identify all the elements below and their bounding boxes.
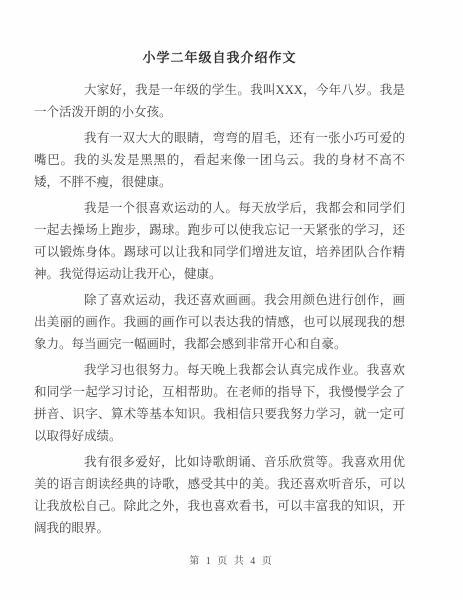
essay-paragraph-hobbies: 我有很多爱好，比如诗歌朗诵、音乐欣赏等。我喜欢用优美的语言朗读经典的诗歌，感受其… <box>34 451 405 539</box>
essay-body: 小学二年级自我介绍作文 大家好，我是一年级的学生。我叫XXX，今年八岁。我是一个… <box>34 50 405 543</box>
essay-title: 小学二年级自我介绍作文 <box>34 50 405 66</box>
document-page: 小学二年级自我介绍作文 大家好，我是一年级的学生。我叫XXX，今年八岁。我是一个… <box>0 0 463 600</box>
essay-paragraph-appearance: 我有一双大大的眼睛，弯弯的眉毛，还有一张小巧可爱的嘴巴。我的头发是黑黑的，看起来… <box>34 127 405 193</box>
essay-paragraph-intro: 大家好，我是一年级的学生。我叫XXX，今年八岁。我是一个活泼开朗的小女孩。 <box>34 79 405 123</box>
essay-paragraph-sports: 我是一个很喜欢运动的人。每天放学后，我都会和同学们一起去操场上跑步，踢球。跑步可… <box>34 197 405 285</box>
page-number-footer: 第 1 页 共 4 页 <box>0 552 463 567</box>
essay-paragraph-study: 我学习也很努力。每天晚上我都会认真完成作业。我喜欢和同学一起学习讨论，互相帮助。… <box>34 359 405 447</box>
essay-paragraph-painting: 除了喜欢运动，我还喜欢画画。我会用颜色进行创作，画出美丽的画作。我画的画作可以表… <box>34 289 405 355</box>
